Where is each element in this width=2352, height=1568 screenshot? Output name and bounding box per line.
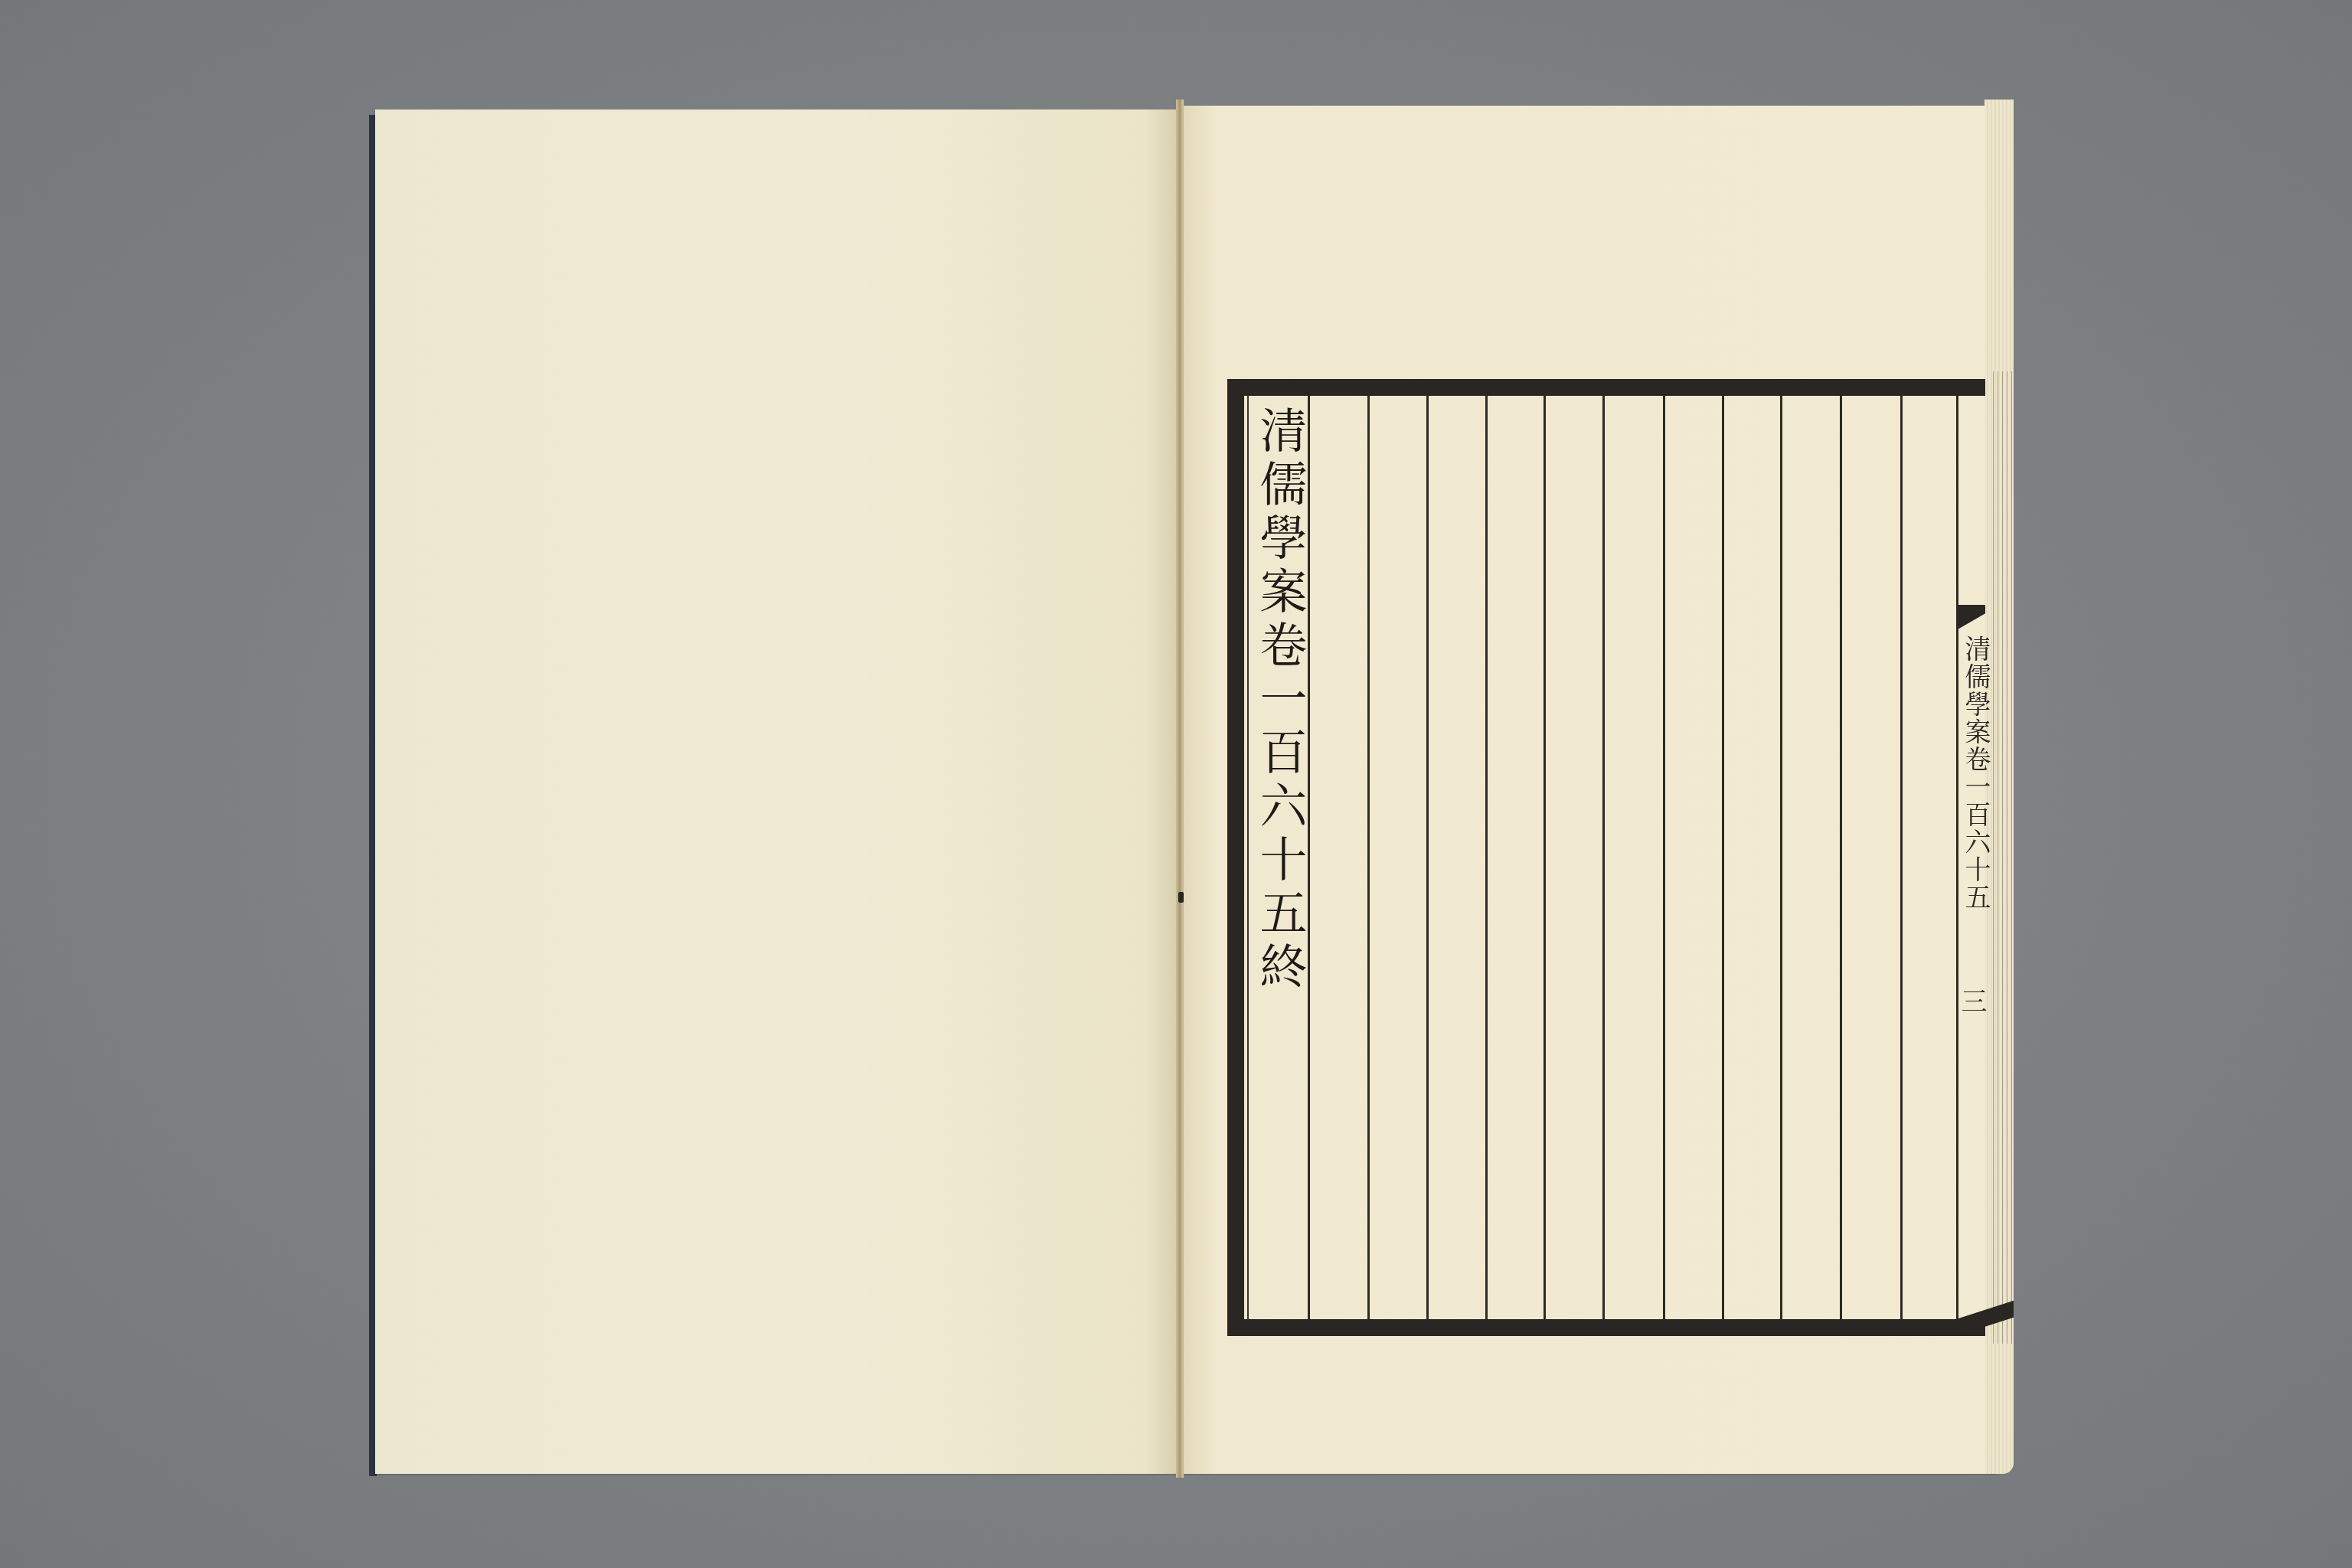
banxin-page-number: 三 [1960, 988, 1991, 1014]
column-rule [1722, 396, 1724, 1319]
column-rule [1840, 396, 1842, 1319]
column-rule [1663, 396, 1665, 1319]
banxin-rule [1956, 396, 1958, 1319]
frame-inner-line [1247, 396, 1249, 1319]
column-rule [1485, 396, 1488, 1319]
binding-thread-mark [1178, 892, 1184, 903]
column-rule [1780, 396, 1782, 1319]
column-rule [1602, 396, 1605, 1319]
left-page-blank [375, 109, 1178, 1474]
book-scan: 清儒學案卷一百六十五終 清儒學案卷一百六十五 三 [0, 0, 2352, 1568]
column-rule [1900, 396, 1903, 1319]
book-gutter [1176, 100, 1184, 1478]
stacked-page-ink-edges [1991, 371, 2014, 1344]
column-rule [1543, 396, 1546, 1319]
column-rule [1426, 396, 1429, 1319]
column-rule [1308, 396, 1310, 1319]
banxin-title: 清儒學案卷一百六十五 [1960, 635, 1991, 911]
show-through-text [1317, 413, 1370, 1294]
volume-end-colophon: 清儒學案卷一百六十五終 [1253, 406, 1306, 995]
